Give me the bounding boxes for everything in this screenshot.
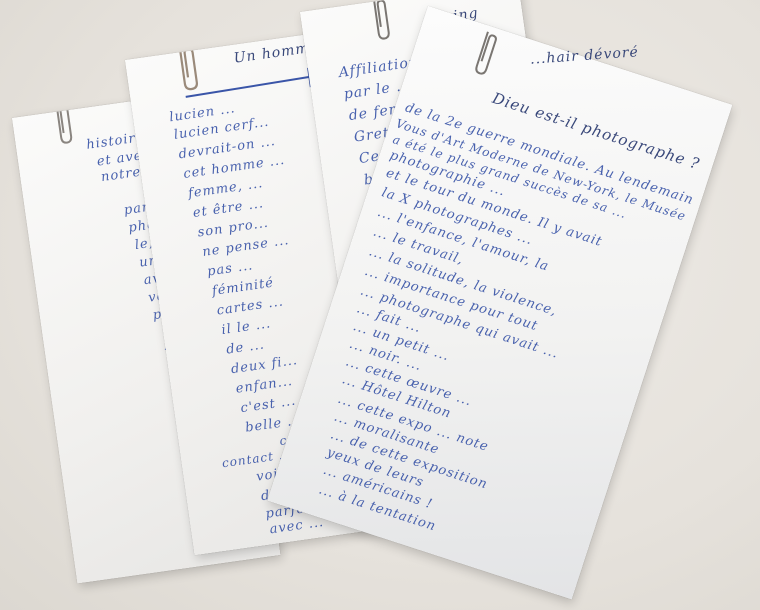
- handwritten-line: féminité: [211, 276, 275, 300]
- handwritten-line: pas ...: [206, 258, 254, 279]
- paperclip-icon: [470, 28, 503, 78]
- handwritten-line: c'est ...: [240, 394, 298, 417]
- handwritten-line: cartes ...: [216, 294, 285, 318]
- paperclip-icon: [369, 0, 395, 42]
- handwritten-line: de ...: [225, 337, 265, 357]
- handwritten-line: enfan...: [235, 374, 294, 397]
- handwritten-line: il le ...: [221, 316, 272, 338]
